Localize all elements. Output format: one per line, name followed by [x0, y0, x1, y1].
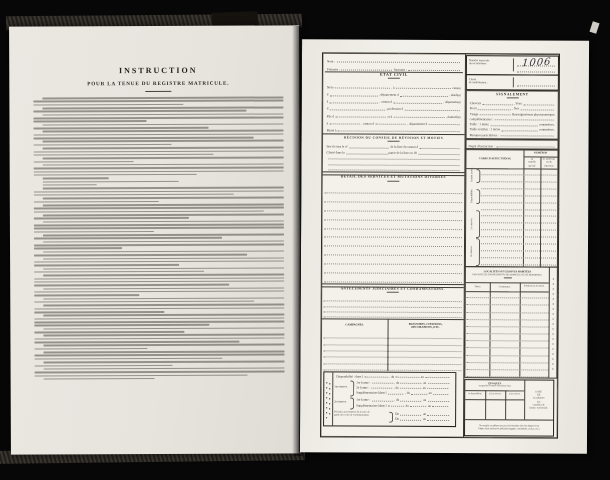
empty-row: [324, 312, 462, 318]
text-line: [42, 180, 178, 182]
brace: [476, 210, 480, 238]
date-radiation-col: DATEDEla radiationdescontrôles del'armée…: [524, 381, 553, 418]
text-line: [42, 163, 283, 166]
text-line: [34, 133, 284, 136]
paragraph: [34, 351, 284, 360]
periodes-label-line2: garde des voies de communication.: [334, 414, 388, 417]
row-group-label: 2e réserve.: [468, 237, 475, 265]
communes-label: Communes.: [499, 285, 511, 288]
text-line: [35, 371, 285, 374]
classe-box: Classe de mobilisation :: [466, 74, 559, 90]
header-rule: [506, 98, 518, 99]
text-line: [42, 177, 108, 179]
title-rule: [145, 91, 171, 92]
instruction-subtitle: POUR LA TENUE DU REGISTRE MATRICULE.: [33, 80, 283, 87]
paragraph: [34, 327, 284, 333]
field-label: Supplémentaires: [356, 404, 377, 407]
paragraph: [34, 183, 284, 186]
antecedents-title: ANTÉCÉDENTS JUDICIAIRES ET CONDAMNATIONS…: [322, 287, 464, 291]
text-line: [42, 147, 283, 150]
row-group-label: Armée active.: [468, 168, 475, 182]
localites-table: LOCALITÉS SUCCESSIVES HABITÉES PAR SUITE…: [464, 266, 558, 378]
dotted-rule: [517, 71, 555, 72]
field-label: Degré d'instruction :: [469, 145, 495, 148]
dotted-rule: [338, 131, 459, 133]
text-line: [43, 314, 284, 317]
right-page: Nom : Prénoms :Surnoms : ÉTAT CIVIL Né l…: [299, 39, 589, 454]
text-line: [34, 137, 254, 139]
reserves-box: Disponibilité : dans l, duau 1re réserve…: [323, 371, 456, 427]
text-line: [34, 280, 284, 283]
header-rule: [388, 141, 400, 142]
text-line: [34, 144, 172, 146]
form-line: Supplémentaires{dans l, duau: [354, 390, 452, 396]
text-line: [43, 367, 284, 370]
dotted-rule: [388, 406, 404, 407]
paragraph: [34, 304, 284, 313]
empty-row: [481, 258, 556, 265]
dotted-rule: [425, 377, 449, 378]
dotted-rule: [517, 85, 555, 86]
etat-civil-title: ÉTAT CIVIL: [323, 72, 465, 77]
paragraph: [34, 177, 284, 180]
epoques-title-line2: auxquelles l'homme doit passer dans: [479, 385, 511, 388]
reserve2-col-header: la 2e réserve.: [505, 390, 524, 400]
text-line: [34, 161, 134, 163]
text-line: [42, 96, 283, 99]
text-line: [33, 110, 246, 112]
paragraph: [34, 213, 284, 219]
field-label: Du: [395, 418, 399, 421]
text-line: [33, 100, 283, 103]
field-label: dans l: [379, 404, 387, 407]
label-separator: [513, 77, 514, 87]
text-line: [34, 217, 189, 219]
text-line: [43, 213, 284, 216]
text-line: [34, 341, 239, 343]
detail-header: DÉTAIL DES SERVICES ET MUTATIONS DIVERSE…: [322, 174, 464, 184]
text-line: [42, 106, 283, 109]
table-vertical: [485, 399, 486, 419]
footnote-line2: l'objet d'une indication spéciale (engag…: [478, 428, 540, 431]
dotted-rule: [432, 406, 448, 407]
signalement-lines: Cheveux, YeuxFront, NezVisageRenseigneme…: [468, 100, 557, 137]
dotted-rule: [428, 420, 449, 421]
paragraph: [33, 123, 283, 129]
dotted-rule: [400, 420, 421, 421]
blessures-col-header: BLESSURES, CITATIONS, DÉCORATIONS, ETC.: [388, 319, 464, 333]
localites-header: LOCALITÉS SUCCESSIVES HABITÉES PAR SUITE…: [466, 267, 549, 283]
matricule-number-handwritten: 1006: [521, 57, 551, 69]
text-line: [43, 197, 284, 200]
reserve2-col-label: la 2e réserve.: [509, 393, 521, 396]
dotted-rule: [500, 136, 553, 137]
text-line: [33, 117, 283, 120]
form-line: Degré d'instruction :: [467, 140, 558, 148]
text-line: [34, 248, 122, 250]
paragraph: [33, 113, 283, 122]
text-line: [33, 120, 146, 122]
reserve2-lines: 1re forme :, duauSupplémentaires{dans ld…: [354, 397, 452, 409]
table-vertical: [505, 399, 506, 419]
dotted-rule: [396, 377, 420, 378]
text-line: [34, 301, 254, 303]
form-line: Marques particulières :: [468, 132, 557, 138]
instruction-body: [33, 96, 284, 379]
text-line: [42, 113, 283, 116]
campagnes-col-header: CAMPAGNES.: [322, 318, 388, 332]
paragraph: [34, 197, 284, 203]
paragraph: [34, 180, 284, 183]
text-line: [34, 277, 284, 280]
paragraph: [34, 287, 284, 296]
paragraph: [34, 203, 284, 212]
microfilm-scan: { "palette":{"background":"#070707","pap…: [0, 0, 610, 480]
text-line: [34, 210, 264, 213]
form-line: Supplémentaires{dans lduau: [354, 402, 452, 408]
text-line: [34, 317, 284, 320]
text-line: [42, 130, 283, 133]
text-line: [35, 354, 285, 357]
form-line: Duau: [393, 416, 452, 421]
text-line: [34, 174, 197, 176]
text-line: [42, 140, 283, 143]
text-line: [34, 260, 284, 263]
epoques-footnote: Ne remplir ce tableau que pour les homme…: [465, 419, 553, 436]
text-line: [43, 184, 97, 186]
text-line: [34, 311, 164, 313]
text-line: [34, 231, 154, 233]
text-line: [34, 154, 214, 156]
text-line: [43, 287, 284, 290]
vertical-label-marks: [329, 382, 330, 414]
dotted-rule: [433, 394, 449, 395]
paragraph: [34, 297, 284, 303]
reserve2-label: 2e réserve.: [334, 400, 347, 403]
antecedents-header: ANTÉCÉDENTS JUDICIAIRES ET CONDAMNATIONS…: [322, 286, 464, 296]
text-line: [34, 207, 284, 210]
text-line: [43, 250, 284, 253]
paragraph: [34, 234, 284, 240]
signalement-title: SIGNALEMENT: [467, 93, 558, 97]
classe-label: Classe de mobilisation :: [469, 78, 511, 85]
text-line: [34, 223, 284, 226]
field-label: Supplémentaires: [356, 392, 377, 395]
film-speck: [589, 21, 599, 34]
subdivisions-label: Subdivisions de région.: [524, 286, 545, 289]
text-line: [34, 294, 139, 296]
decision-title: DÉCISION DU CONSEIL DE RÉVISION ET MOTIF…: [323, 136, 465, 140]
text-line: [35, 374, 248, 376]
text-line: [43, 234, 284, 237]
matricule-box: Numéro matricule du recrutement : 1006: [466, 55, 559, 75]
text-line: [34, 307, 284, 310]
empty-row: [466, 370, 548, 378]
text-line: [35, 358, 223, 360]
text-line: [34, 237, 222, 239]
left-page: INSTRUCTION POUR LA TENUE DU REGISTRE MA…: [9, 25, 301, 454]
vertical-label-marks: [552, 276, 554, 370]
blessures-label-line2: DÉCORATIONS, ETC.: [411, 326, 439, 329]
text-line: [43, 267, 284, 270]
matricule-form: Nom : Prénoms :Surnoms : ÉTAT CIVIL Né l…: [320, 52, 560, 438]
form-line: Marié à: [325, 125, 463, 133]
instruction-text-block: INSTRUCTION POUR LA TENUE DU REGISTRE MA…: [33, 65, 285, 430]
corps-table: CORPS D'AFFECTATION. NUMÉROS aucontrôles…: [465, 149, 559, 267]
paragraph: [35, 377, 285, 380]
dotted-rule: [364, 377, 388, 378]
reserve1-col-header: la 1re réserve.: [485, 390, 506, 400]
corps-row-groups: Armée active.Disponibilité.1re réserve.2…: [466, 150, 483, 266]
reserve1-label: 1re réserve.: [334, 385, 347, 388]
text-line: [43, 327, 284, 330]
disponibilite-line: Disponibilité : dans l, duau: [334, 373, 452, 379]
text-line: [43, 257, 284, 260]
text-line: [34, 324, 209, 326]
text-line: [34, 331, 184, 333]
text-line: [43, 361, 284, 364]
paragraph: [34, 147, 284, 156]
text-line: [42, 157, 283, 160]
matricule-label: Numéro matricule du recrutement :: [469, 59, 511, 66]
form-line: Disponibilité : dans l, duau: [334, 373, 452, 379]
text-line: [34, 201, 159, 203]
text-line: [43, 297, 284, 300]
label-separator: [513, 58, 514, 71]
text-line: [43, 344, 284, 347]
text-line: [43, 304, 284, 307]
empty-row: [324, 273, 462, 283]
text-line: [43, 378, 154, 380]
brace: [476, 169, 480, 183]
header-rule: [387, 292, 399, 293]
paragraph: [34, 257, 284, 266]
campagnes-label: CAMPAGNES.: [345, 324, 364, 327]
field-label: au: [429, 392, 432, 395]
decision-lines: Inscrit sous le n°de la liste du canton …: [324, 143, 462, 172]
text-line: [43, 334, 284, 337]
paragraph: [34, 240, 284, 249]
text-line: [34, 284, 229, 286]
dotted-rule: [410, 406, 426, 407]
dotted-rule: [496, 147, 554, 148]
text-line: [34, 244, 284, 247]
text-line: [34, 227, 284, 230]
text-line: [43, 220, 284, 223]
paragraph: [34, 250, 284, 256]
etat-civil-lines: Né le, àcantond, département d, résidant…: [325, 82, 463, 133]
header-rule: [503, 278, 511, 279]
paragraph: [35, 367, 285, 376]
text-line: [34, 320, 284, 323]
classe-label-line2: de mobilisation :: [469, 81, 511, 85]
brace: [476, 189, 480, 203]
text-line: [34, 190, 284, 193]
periodes-label: Périodes aux hommes du service de garde …: [334, 410, 388, 417]
text-line: [35, 364, 173, 366]
matricule-label-line2: du recrutement :: [469, 63, 511, 67]
field-label: , du: [405, 392, 410, 395]
dotted-rule: [411, 394, 427, 395]
campagnes-rows: [323, 332, 461, 371]
empty-row: [323, 364, 461, 371]
row-group-label: Disponibilité.: [468, 189, 475, 203]
column-label-line: spécial: [528, 164, 535, 167]
paragraph: [34, 334, 284, 343]
header-rule: [388, 78, 400, 79]
brace: [476, 238, 480, 266]
text-line: [34, 337, 284, 340]
field-label: Marques particulières :: [470, 134, 499, 137]
paragraph: [34, 187, 284, 196]
disponibilite-col-header: la disponibilité.: [465, 390, 486, 400]
vertical-label-marks: [326, 378, 327, 418]
text-line: [42, 123, 283, 126]
paragraph: [34, 314, 284, 327]
reserves-vertical-strip: [324, 372, 333, 425]
text-line: [34, 167, 284, 170]
numeros-label: NUMÉROS: [534, 152, 547, 155]
paragraph: [34, 157, 284, 163]
localites-rows: [466, 291, 548, 377]
text-line: [34, 271, 204, 273]
text-line: [34, 127, 209, 129]
paragraph: [34, 274, 284, 287]
detail-title: DÉTAIL DES SERVICES ET MUTATIONS DIVERSE…: [322, 175, 464, 180]
antecedents-rows: [324, 296, 462, 318]
text-line: [34, 290, 284, 293]
header-rule: [387, 180, 399, 181]
row-group-label: 1re réserve.: [468, 210, 475, 238]
reserve1-lines: 1re forme :, duau2e forme :, duauSupplém…: [354, 379, 452, 396]
field-label: Marié à: [327, 129, 337, 132]
column-label-line: l'armée territoriale.: [529, 406, 548, 409]
text-line: [43, 187, 284, 190]
text-line: [34, 254, 247, 256]
dates-label: Dates.: [475, 285, 481, 288]
signalement-box: SIGNALEMENT Cheveux, YeuxFront, NezVisag…: [466, 90, 559, 139]
text-line: [34, 264, 179, 266]
paragraph: [33, 96, 283, 105]
periodes-lines: DuauDuau: [393, 411, 452, 421]
field-label: du: [406, 405, 409, 408]
text-line: [33, 104, 183, 106]
column-label-line: répertoire: [544, 164, 554, 167]
text-line: [43, 351, 284, 354]
text-line: [34, 348, 147, 350]
paragraph: [34, 220, 284, 233]
paragraph: [34, 130, 284, 139]
text-line: [43, 240, 284, 243]
paragraph: [34, 344, 284, 350]
text-line: [34, 150, 284, 153]
dotted-rule: [388, 394, 404, 395]
text-line: [43, 274, 284, 277]
text-line: [34, 194, 234, 196]
disponibilite-col-label: la disponibilité.: [468, 393, 482, 396]
field-label: au: [423, 418, 426, 421]
text-line: [34, 170, 284, 173]
paragraph: [35, 361, 285, 367]
paragraph: [33, 106, 283, 112]
field-label: dans l: [379, 392, 387, 395]
detail-rows: [324, 184, 463, 283]
paragraph: [34, 140, 284, 146]
field-label: Prénoms :: [327, 68, 340, 71]
field-label: au: [428, 405, 431, 408]
text-line: [43, 203, 284, 206]
epoques-box: ÉPOQUES auxquelles l'homme doit passer d…: [464, 379, 554, 436]
degre-instruction-row: Degré d'instruction :: [466, 139, 559, 149]
corps-rows: [481, 168, 557, 265]
reserve1-col-label: la 1re réserve.: [489, 393, 501, 396]
dotted-rule: [408, 70, 459, 71]
localites-title-line2: PAR SUITE DE CHANGEMENTS DE DOMICILE OU …: [473, 274, 543, 277]
paragraph: [34, 163, 284, 176]
instruction-title: INSTRUCTION: [33, 65, 283, 75]
corps-label: CORPS D'AFFECTATION.: [479, 158, 511, 161]
campagnes-header: CAMPAGNES. BLESSURES, CITATIONS, DÉCORAT…: [322, 318, 464, 333]
paragraph: [34, 267, 284, 273]
